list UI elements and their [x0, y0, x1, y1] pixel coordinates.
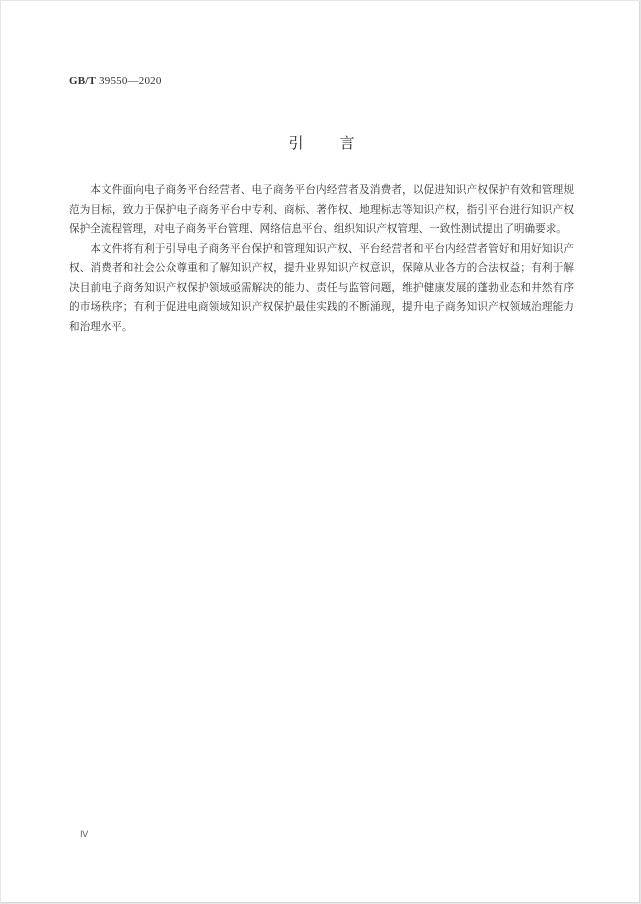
document-page: GB/T 39550—2020 引言 本文件面向电子商务平台经营者、电子商务平台…	[1, 1, 640, 903]
section-body: 本文件面向电子商务平台经营者、电子商务平台内经营者及消费者，以促进知识产权保护有…	[69, 181, 574, 337]
standard-prefix: GB/T	[69, 75, 96, 87]
standard-number: 39550—2020	[99, 75, 162, 87]
page-number: Ⅳ	[80, 829, 88, 840]
paragraph: 本文件将有利于引导电子商务平台保护和管理知识产权、平台经营者和平台内经营者管好和…	[69, 240, 574, 338]
standard-code: GB/T 39550—2020	[69, 75, 162, 87]
paragraph: 本文件面向电子商务平台经营者、电子商务平台内经营者及消费者，以促进知识产权保护有…	[69, 181, 574, 240]
section-title: 引言	[1, 132, 641, 153]
